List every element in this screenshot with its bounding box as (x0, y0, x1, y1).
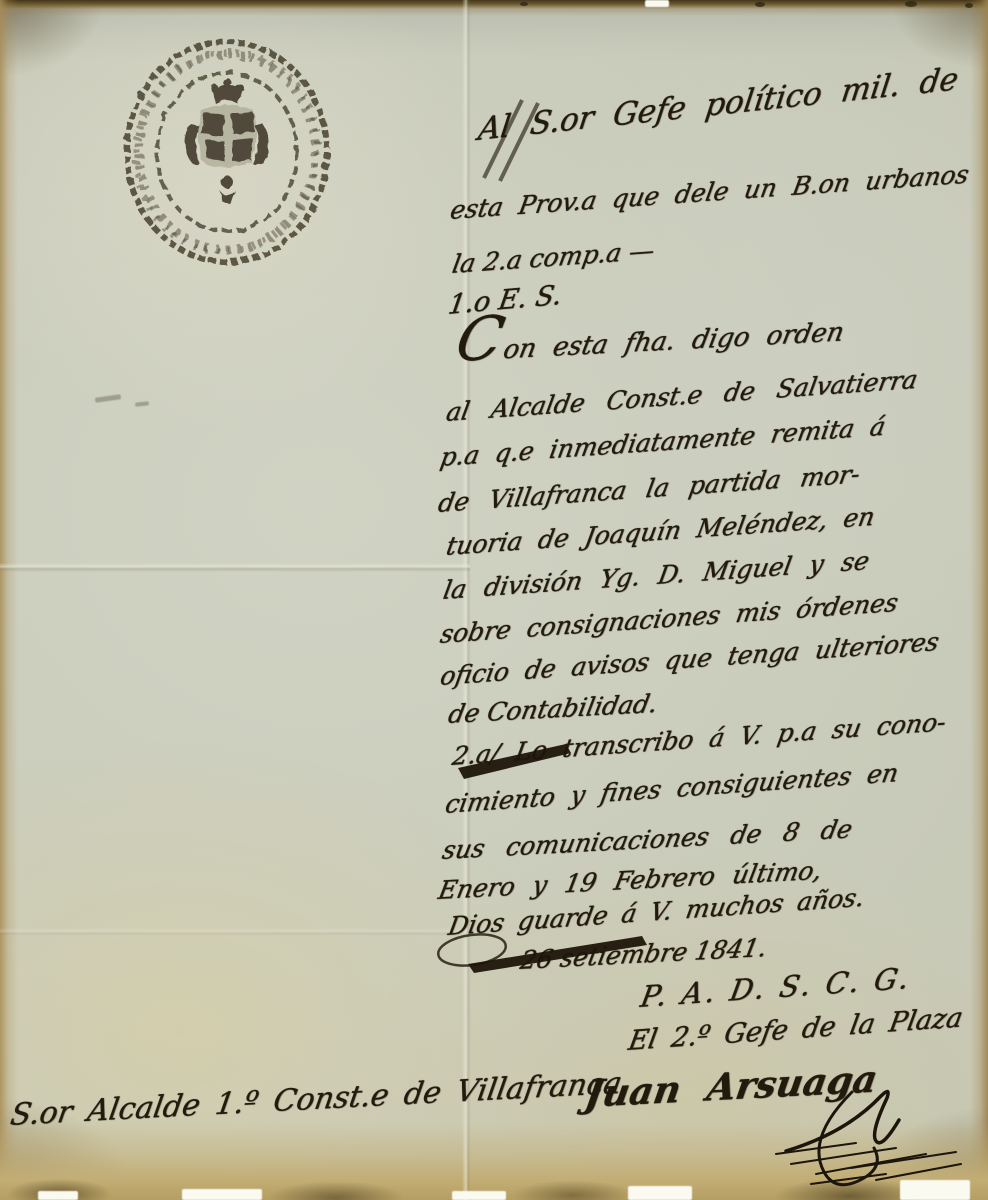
letter-line: cimiento y fines consiguientes en (443, 758, 901, 819)
ink-bleedthrough-mark (95, 394, 121, 403)
edge-notch (645, 0, 669, 7)
manuscript-letter-page: Al S.or Gefe político mil. de esta Prov.… (0, 0, 988, 1200)
closing-initials: P. A. D. S. C. G. (638, 961, 915, 1014)
page-edge-bottom (0, 1120, 988, 1200)
edge-speck (755, 2, 765, 7)
letter-line: Al S.or Gefe político mil. de (476, 61, 961, 148)
horizontal-fold-crease-lower (0, 928, 460, 936)
edge-notch (628, 1186, 692, 1200)
page-edge-left (0, 0, 20, 1200)
horizontal-fold-crease-upper (0, 563, 470, 572)
ink-bleedthrough-mark (135, 401, 149, 406)
letter-line: esta Prov.a que dele un B.on urbanos (448, 159, 971, 225)
edge-notch (900, 1180, 970, 1200)
letter-date-line: 26 setiembre 1841. (518, 933, 770, 975)
address-line: S.or Alcalde 1.º Const.e de Villafranca (8, 1066, 624, 1133)
edge-speck (965, 3, 973, 8)
page-edge-top (0, 0, 988, 18)
letter-line: Con esta fha. digo orden (452, 317, 847, 368)
signature: Juan Arsuaga (582, 1056, 881, 1116)
edge-speck (520, 2, 528, 6)
edge-speck (905, 1, 917, 7)
edge-notch (182, 1189, 262, 1200)
page-edge-right (968, 0, 988, 1200)
letter-line: la 2.a comp.a — (450, 235, 657, 279)
edge-notch (38, 1191, 78, 1200)
crowned-coat-of-arms-stamp-icon (116, 30, 338, 272)
letter-line: de Contabilidad. (446, 689, 660, 729)
edge-notch (452, 1191, 506, 1200)
